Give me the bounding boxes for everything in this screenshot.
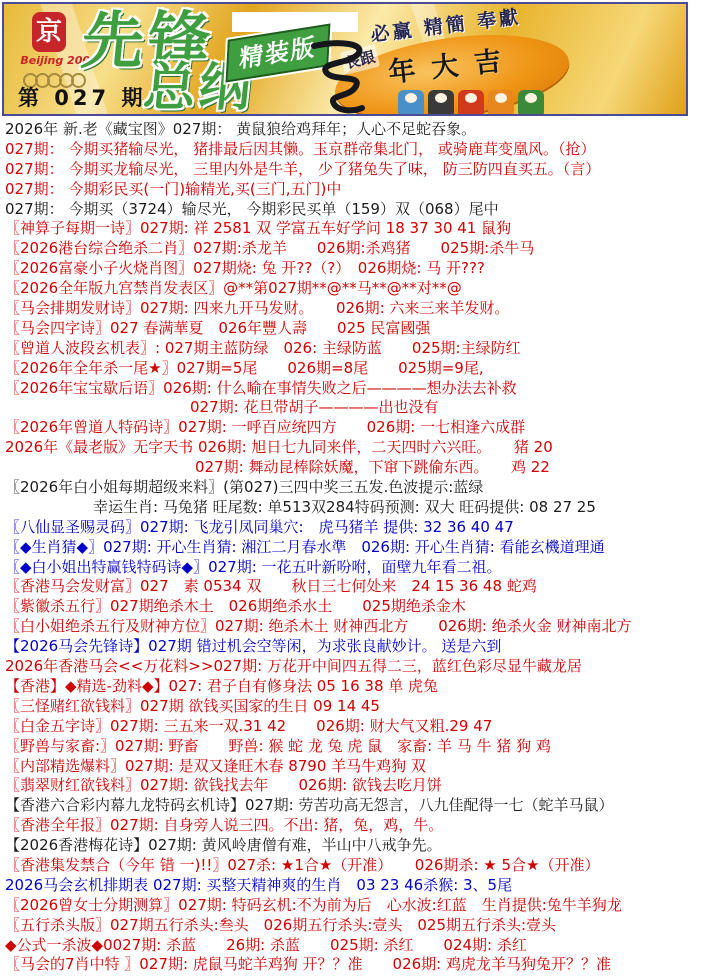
tip-line: 幸运生肖: 马兔猪 旺尾数: 单513双284特码预测: 双大 旺码提供: 08… (5, 498, 704, 518)
tip-line: 〖八仙显圣赐灵码〗027期: 飞龙引凤同巢穴: 虎马猪羊 提供: 32 36 4… (5, 518, 704, 538)
tip-line: 〖2026年全年杀一尾★〗027期=5尾 026期=8尾 025期=9尾, (5, 359, 704, 379)
tip-line: 〖2026富豪小子火烧肖图〗027期烧: 兔 开??（?） 026期烧: 马 开… (5, 259, 704, 279)
mascot-nini-icon (518, 90, 544, 116)
mascot-jingjing-icon (428, 90, 454, 116)
tip-line: 〖2026年宝宝歇后语〗026期: 什么喻在事情失败之后————想办法去补救 (5, 379, 704, 399)
beijing2008-emblem-icon: 京 (32, 12, 66, 52)
tip-line: 2026年香港马会<<万花料>>027期: 万花开中间四五得二三，蓝红色彩尽显牛… (5, 657, 704, 677)
mascot-beibei-icon (398, 90, 424, 116)
tip-line: 027期: 花旦带胡子————出也没有 (5, 398, 704, 418)
tip-line: 〖五行杀头版〗027期五行杀头:叁头 026期五行杀头:壹头 025期五行杀头:… (5, 916, 704, 936)
tip-line: 〖2026曾女士分期测算〗027期: 特码玄机:不为前为后 心水波:红蓝 生肖提… (5, 896, 704, 916)
fuwa-mascots (398, 90, 558, 116)
masthead-banner: 京 Beijing 2008 先锋 总纲 精装版 必赢 精簡 奉獻 長跟 年大吉… (2, 2, 688, 116)
tip-line: 〖2026全年版九宫禁肖发表区〗@**第027期**@**马**@**对**@ (5, 279, 704, 299)
tip-line: 027期： 今期彩民买(一门)输精光,买(三门,五门)中 (5, 180, 704, 200)
tip-line: 〖2026年曾道人特码诗〗027期: 一呼百应统四方 026期: 一七相逢六成群 (5, 418, 704, 438)
tip-line: 027期： 今期买猪输尽光， 猪排最后因其懒。玉京群帝集北门， 或骑鹿茸变凰风。… (5, 140, 704, 160)
tip-line: 027期： 今期买龙输尽光， 三里内外是牛羊， 少了猪兔失了味， 防三防四直买五… (5, 160, 704, 180)
tip-line: 【2026马会先锋诗】027期 错过机会空等闲，为求张良献妙计。 送是六到 (5, 637, 704, 657)
tip-line: 〖◆白小姐出特赢钱特码诗◆〗027期: 一花五叶新吩咐，面壁九年看二祖。 (5, 558, 704, 578)
tipsheet-body: 2026年 新.老《藏宝图》027期： 黄鼠狼给鸡拜年；人心不足蛇吞象。027期… (5, 120, 704, 975)
tip-line: 〖马会排期发财诗〗027期: 四来九开马发财。 026期: 六来三来羊发财。 (5, 299, 704, 319)
tip-line: 027期: 舞动昆棒除妖魔，下窜下跳偷东西。 鸡 22 (5, 458, 704, 478)
tip-line: 2026年 新.老《藏宝图》027期： 黄鼠狼给鸡拜年；人心不足蛇吞象。 (5, 120, 704, 140)
tip-line: 〖紫徽杀五行〗027期绝杀木土 026期绝杀水土 025期绝杀金木 (5, 597, 704, 617)
tip-line: 〖曾道人波段玄机表〗: 027期主蓝防绿 026: 主绿防蓝 025期:主绿防红 (5, 339, 704, 359)
tip-line: 〖马会的7肖中特 〗027期: 虎鼠马蛇羊鸡狗 开？？准 026期: 鸡虎龙羊马… (5, 955, 704, 975)
tip-line: 〖香港马会发财富〗027 素 0534 双 秋日三七何处来 24 15 36 4… (5, 577, 704, 597)
tip-line: 〖2026年白小姐每期超级来料〗(第027)三四中奖三五发.色波提示:蓝绿 (5, 478, 704, 498)
tip-line: 【香港】◆精选-劲料◆】027: 君子自有修身法 05 16 38 单 虎兔 (5, 677, 704, 697)
tip-line: 2026马会玄机排期表 027期: 买整天精神爽的生肖 03 23 46杀猴: … (5, 876, 704, 896)
tip-line: 〖香港全年报〗027期: 自身旁人说三四。不出: 猪，兔，鸡，牛。 (5, 816, 704, 836)
mascot-yingying-icon (488, 90, 514, 116)
tip-line: 【香港六合彩内幕九龙特码玄机诗】027期: 劳苦功高无怨言，八九佳配得一七（蛇羊… (5, 796, 704, 816)
tip-line: 〖内部精选爆料〗027期: 是双又逢旺木春 8790 羊马牛鸡狗 双 (5, 757, 704, 777)
tip-line: 〖2026港台综合绝杀二肖〗027期:杀龙羊 026期:杀鸡猪 025期:杀牛马 (5, 239, 704, 259)
tip-line: ◆公式一杀波◆0027期: 杀蓝 26期: 杀蓝 025期: 杀红 024期: … (5, 936, 704, 956)
tip-line: 〖野兽与家畜:〗027期: 野畜 野兽: 猴 蛇 龙 兔 虎 鼠 家畜: 羊 马… (5, 737, 704, 757)
issue-number-label: 第 027 期 (18, 82, 228, 112)
tip-line: 〖三怪赌红欲钱料〗027期 欲钱买国家的生日 09 14 45 (5, 697, 704, 717)
tip-line: 〖香港集发禁合（今年 错 一)!!〗027杀: ★1合★（开准） 026期杀: … (5, 856, 704, 876)
tip-line: 027期： 今期买（3724）输尽光， 今期彩民买单（159）双（068）尾中 (5, 200, 704, 220)
tip-line: 〖马会四字诗〗027 春满華夏 026年豐人壽 025 民富國强 (5, 319, 704, 339)
tip-line: 〖翡翠财红欲钱料〗027期: 欲钱找去年 026期: 欲钱去吃月饼 (5, 776, 704, 796)
zodiac-calligraphy-icon (300, 38, 390, 116)
tip-line: 【2026香港梅花诗】027期: 黄风岭唐僧有难，半山中八戒争先。 (5, 836, 704, 856)
tip-line: 〖◆生肖猜◆〗027期: 开心生肖猜: 湘江二月春水準 026期: 开心生肖猜:… (5, 538, 704, 558)
mascot-huanhuan-icon (458, 90, 484, 116)
tip-line: 〖神算子每期一诗〗027期: 祥 2581 双 学富五车好学问 18 37 30… (5, 219, 704, 239)
tip-line: 〖白金五字诗〗027期: 三五来一双.31 42 026期: 财大气又粗.29 … (5, 717, 704, 737)
tip-line: 〖白小姐绝杀五行及财神方位〗027期: 绝杀木土 财神西北方 026期: 绝杀火… (5, 617, 704, 637)
tip-line: 2026年《最老版》无字天书 026期: 旭日七九同来伴，二天四时六兴旺。 猪 … (5, 438, 704, 458)
